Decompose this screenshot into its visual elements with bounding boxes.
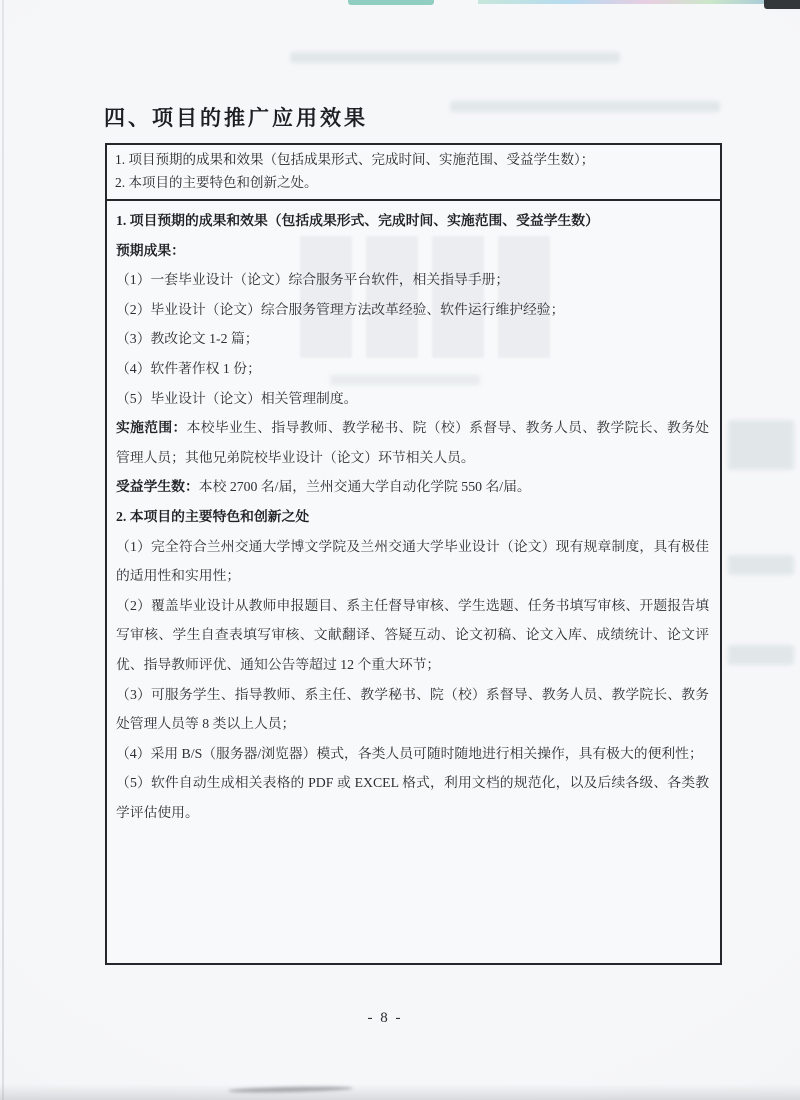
bleedthrough-margin-text <box>728 420 794 470</box>
header-item-1: 1. 项目预期的成果和效果（包括成果形式、完成时间、实施范围、受益学生数）； <box>115 149 710 172</box>
expected-item: （1）一套毕业设计（论文）综合服务平台软件，相关指导手册； <box>116 265 709 295</box>
expected-item: （3）教改论文 1-2 篇； <box>116 324 709 354</box>
bleedthrough-margin-text <box>728 645 794 665</box>
bleedthrough-textline <box>450 101 720 112</box>
beneficiary-label: 受益学生数： <box>116 479 199 494</box>
scope-text: 本校毕业生、指导教师、教学秘书、院（校）系督导、教务人员、教学院长、教务处管理人… <box>116 420 709 465</box>
scope-label: 实施范围： <box>116 420 187 435</box>
expected-item: （4）软件著作权 1 份； <box>116 354 709 384</box>
page-number: - 8 - <box>0 1010 770 1027</box>
header-item-2: 2. 本项目的主要特色和创新之处。 <box>115 172 710 195</box>
expected-item: （2）毕业设计（论文）综合服务管理方法改革经验、软件运行维护经验； <box>116 295 709 325</box>
beneficiary-students: 受益学生数：本校 2700 名/届，兰州交通大学自动化学院 550 名/届。 <box>116 472 709 502</box>
expected-results-label: 预期成果： <box>116 236 709 266</box>
bleedthrough-margin-text <box>728 555 794 575</box>
implementation-scope: 实施范围：本校毕业生、指导教师、教学秘书、院（校）系督导、教务人员、教学院长、教… <box>116 413 709 472</box>
form-table-body: 1. 项目预期的成果和效果（包括成果形式、完成时间、实施范围、受益学生数） 预期… <box>107 201 720 963</box>
form-table-header: 1. 项目预期的成果和效果（包括成果形式、完成时间、实施范围、受益学生数）； 2… <box>107 145 720 201</box>
section2-heading: 2. 本项目的主要特色和创新之处 <box>116 502 709 532</box>
expected-item: （5）毕业设计（论文）相关管理制度。 <box>116 384 709 414</box>
section1-heading: 1. 项目预期的成果和效果（包括成果形式、完成时间、实施范围、受益学生数） <box>116 206 709 236</box>
scan-left-edge-line <box>2 0 4 1100</box>
feature-item: （3）可服务学生、指导教师、系主任、教学秘书、院（校）系督导、教务人员、教学院长… <box>116 680 709 739</box>
scan-top-teal-strip <box>348 0 434 5</box>
form-table: 1. 项目预期的成果和效果（包括成果形式、完成时间、实施范围、受益学生数）； 2… <box>105 143 722 965</box>
section-title: 四、项目的推广应用效果 <box>104 102 368 132</box>
scan-bottom-shadow <box>0 1084 800 1100</box>
beneficiary-text: 本校 2700 名/届，兰州交通大学自动化学院 550 名/届。 <box>199 479 531 494</box>
scan-top-dark-corner <box>764 0 800 9</box>
feature-item: （5）软件自动生成相关表格的 PDF 或 EXCEL 格式，利用文档的规范化，以… <box>116 768 709 827</box>
feature-item: （1）完全符合兰州交通大学博文学院及兰州交通大学毕业设计（论文）现有规章制度，具… <box>116 532 709 591</box>
feature-item: （2）覆盖毕业设计从教师申报题目、系主任督导审核、学生选题、任务书填写审核、开题… <box>116 591 709 680</box>
feature-item: （4）采用 B/S（服务器/浏览器）模式，各类人员可随时随地进行相关操作，具有极… <box>116 739 709 769</box>
bleedthrough-textline <box>290 52 620 63</box>
scan-top-rainbow-strip <box>478 0 800 4</box>
scanned-page: 四、项目的推广应用效果 1. 项目预期的成果和效果（包括成果形式、完成时间、实施… <box>0 0 800 1100</box>
